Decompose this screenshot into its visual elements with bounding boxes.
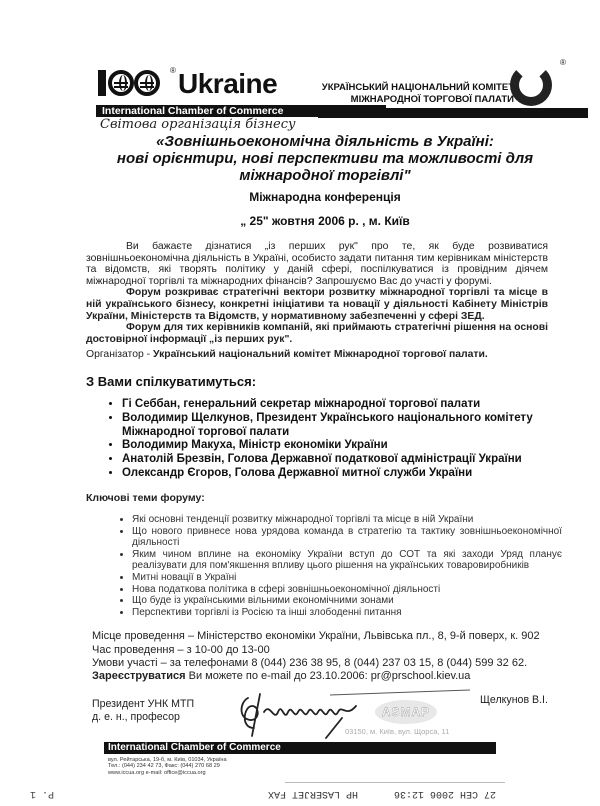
committee-line-1: УКРАЇНСЬКИЙ НАЦІОНАЛЬНИЙ КОМІТЕТ <box>318 82 514 94</box>
signatory-title: Президент УНК МТП <box>92 698 194 711</box>
intro-paragraph: Ви бажаєте дізнатися „із перших рук" про… <box>86 241 548 287</box>
crescent-emblem-icon <box>510 64 552 106</box>
organizer-label: Організатор - <box>86 349 153 360</box>
event-info: Місце проведення – Міністерство економік… <box>92 630 562 671</box>
forum-title: «Зовнішньоекономічна діяльність в Україн… <box>100 133 550 184</box>
icc-logo-country: Ukraine <box>178 68 277 100</box>
forum-title-line: міжнародної торгівлі" <box>100 167 550 184</box>
intro-text: Ви бажаєте дізнатися „із перших рук" про… <box>86 241 548 345</box>
fax-transmission-header: 27 СЕН 2006 12:36 HP LASERJET FAX <box>268 788 496 799</box>
conference-subtitle: Міжнародна конференція <box>100 190 550 204</box>
registration-label: Зареєструватися <box>92 670 186 682</box>
topic-item: Що буде із українськими вільними економі… <box>132 595 562 607</box>
icc-letter-i <box>98 70 106 96</box>
time-line: Час проведення – з 10-00 до 13-00 <box>92 644 562 658</box>
organizer-line: Організатор - Український національний к… <box>86 349 556 360</box>
intro-paragraph: Форум для тих керівників компаній, які п… <box>86 322 548 345</box>
registration-text: Ви можете по e-mail до 23.10.2006: <box>186 670 371 682</box>
footer-address: вул. Рейтарська, 19-б, м. Київ, 01034, У… <box>108 757 227 776</box>
topic-item: Що нового привнесе нова урядова команда … <box>132 526 562 549</box>
footer-bar: International Chamber of Commerce <box>104 742 496 754</box>
speaker-item: Гі Себбан, генеральний секретар міжнарод… <box>122 398 552 412</box>
venue-line: Місце проведення – Міністерство економік… <box>92 630 562 644</box>
fax-rule <box>285 782 505 783</box>
committee-name: УКРАЇНСЬКИЙ НАЦІОНАЛЬНИЙ КОМІТЕТ МІЖНАРО… <box>318 82 514 106</box>
registered-mark: ® <box>560 58 566 67</box>
committee-header-bar <box>318 108 588 118</box>
signatory-degree: д. е. н., професор <box>92 711 194 724</box>
globe-icon <box>134 70 160 96</box>
registration-line: Зареєструватися Ви можете по e-mail до 2… <box>92 670 470 682</box>
conditions-line: Умови участі – за телефонами 8 (044) 236… <box>92 657 562 671</box>
forum-title-line: нові орієнтири, нові перспективи та можл… <box>100 150 550 167</box>
conference-date-place: „ 25" жовтня 2006 р. , м. Київ <box>100 214 550 228</box>
topics-heading: Ключові теми форуму: <box>86 492 205 504</box>
topic-item: Перспективи торгівлі із Росією та інші з… <box>132 607 562 619</box>
topic-item: Митні новації в Україні <box>132 572 562 584</box>
topic-item: Яким чином вплине на економіку України в… <box>132 549 562 572</box>
topics-list: Які основні тенденції розвитку міжнародн… <box>114 514 562 618</box>
speaker-item: Володимир Щелкунов, Президент Українсько… <box>122 412 552 440</box>
speakers-list: Гі Себбан, генеральний секретар міжнарод… <box>104 398 552 481</box>
speaker-item: Олександр Єгоров, Голова Державної митно… <box>122 467 552 481</box>
icc-tagline: Світова організація бізнесу <box>100 117 296 132</box>
organizer-value: Український національний комітет Міжнаро… <box>153 349 488 360</box>
speaker-item: Анатолій Брезвін, Голова Державної подат… <box>122 453 552 467</box>
icc-ukraine-logo: ® Ukraine <box>98 66 278 100</box>
registration-email: pr@prschool.kiev.ua <box>371 670 471 682</box>
globe-icon <box>108 70 134 96</box>
signatory-position: Президент УНК МТП д. е. н., професор <box>92 698 194 724</box>
forum-title-line: «Зовнішньоекономічна діяльність в Україн… <box>100 133 550 150</box>
stamp-seal: ASMAP <box>375 700 437 724</box>
footer-phone-line: Тел.: (044) 234 42 73, Факс: (044) 270 6… <box>108 763 227 769</box>
registered-mark: ® <box>170 66 176 75</box>
committee-line-2: МІЖНАРОДНОЇ ТОРГОВОЇ ПАЛАТИ <box>318 94 514 106</box>
topic-item: Нова податкова політика в сфері зовнішнь… <box>132 584 562 596</box>
speaker-item: Володимир Макуха, Міністр економіки Укра… <box>122 439 552 453</box>
intro-paragraph: Форум розкриває стратегічні вектори розв… <box>86 287 548 322</box>
handwritten-signature-icon <box>230 688 380 740</box>
footer-web-line: www.iccua.org e-mail: office@iccua.org <box>108 770 227 776</box>
signatory-name: Щелкунов В.І. <box>480 694 548 706</box>
icc-logo-mark <box>98 66 160 100</box>
fax-page-number: Р. 1 <box>30 788 54 799</box>
speakers-heading: З Вами спілкуватимуться: <box>86 374 256 389</box>
topic-item: Які основні тенденції розвитку міжнародн… <box>132 514 562 526</box>
